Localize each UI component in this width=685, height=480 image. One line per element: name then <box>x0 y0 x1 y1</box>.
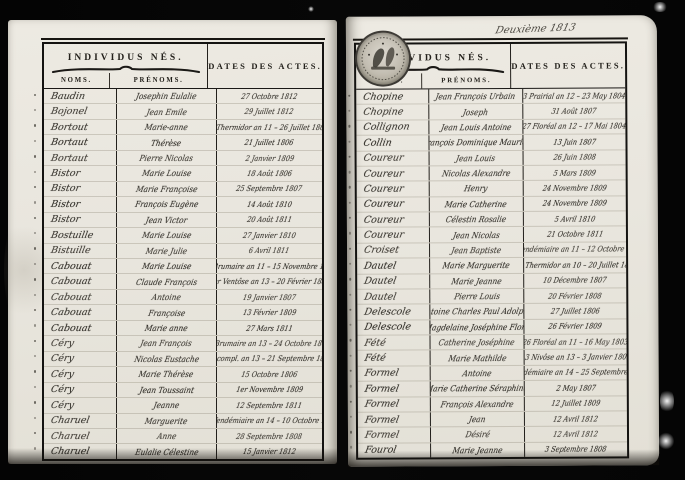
prenoms-cell: Jean Toussaint <box>117 383 217 397</box>
prenoms-cell: Jean <box>431 412 525 427</box>
prenoms-cell: Jean Baptiste <box>430 243 524 258</box>
page-annotation: Deuxième 1813 <box>494 22 577 36</box>
date-cell: 26 Floréal an 11 – 16 May 1803 <box>524 334 626 349</box>
nom-cell: Céry <box>44 383 117 397</box>
date-cell: 1er Novembre 1809 <box>217 383 322 397</box>
prenoms-cell: Marie Catherine Séraphine <box>431 381 525 396</box>
row-marker-dot <box>34 271 38 286</box>
nom-cell: Céry <box>44 352 117 366</box>
table-row: Fété Marie Mathilde 13 Nivôse an 13 – 3 … <box>358 350 627 367</box>
prenoms-cell: Catherine Joséphine <box>430 335 524 350</box>
prenoms-cell: Pierre Nicolas <box>117 151 217 165</box>
table-row: Cabouat Marie Louise 24 Brumaire an 11 –… <box>44 259 322 274</box>
prenoms-cell: Antoine <box>431 366 525 381</box>
row-marker-dot <box>34 286 38 301</box>
prenoms-cell: Henry <box>430 181 524 196</box>
row-marker-dot <box>350 408 354 423</box>
table-row: Bojonel Jean Emile 29 Juillet 1812 <box>44 104 322 119</box>
prenoms-cell: Marie Mathilde <box>431 350 525 365</box>
prenoms-cell: Antoine <box>117 290 217 304</box>
row-marker-dot <box>34 409 38 424</box>
prenoms-cell: Nicolas Alexandre <box>430 166 524 181</box>
date-cell: 15 Octobre 1806 <box>217 367 322 381</box>
row-marker-dot <box>349 286 353 301</box>
nom-cell: Formel <box>358 412 431 427</box>
individus-nes-title: INDIVIDUS NÉS. <box>68 53 184 63</box>
date-cell: 5 Avril 1810 <box>524 211 626 226</box>
row-marker-dot <box>349 209 353 224</box>
prenoms-cell: Marie-anne <box>117 120 217 134</box>
right-table-body: Chopine Jean François Urbain 3 Prairial … <box>356 88 627 457</box>
dates-des-actes-header: DATES DES ACTES. <box>208 61 322 71</box>
prenoms-cell: Marguerite <box>117 414 217 428</box>
row-marker-dots <box>348 87 354 454</box>
table-row: Formel Désiré 12 Avril 1812 <box>358 427 627 444</box>
left-table-body: Baudin Josephin Eulalie 27 Octobre 1812 … <box>44 89 322 459</box>
table-row: Formel Antoine 3 Vendémiaire an 14 – 25 … <box>358 365 627 382</box>
table-row: Formel Marie Catherine Séraphine 2 May 1… <box>358 380 627 397</box>
row-marker-dot <box>349 270 353 285</box>
date-cell: 24 Novembre 1809 <box>524 181 626 196</box>
prenoms-cell: Désiré <box>431 427 525 442</box>
nom-cell: Fourol <box>358 443 431 458</box>
nom-cell: Formel <box>358 397 431 412</box>
nom-cell: Formel <box>358 382 431 397</box>
table-row: Cabouat Claude François 1er Ventôse an 1… <box>44 274 322 289</box>
table-row: Dautel Pierre Louis 20 Février 1808 <box>357 288 626 305</box>
prenoms-cell: Marie Louise <box>117 259 217 273</box>
table-row: Coureur Nicolas Alexandre 5 Mars 1809 <box>357 165 626 182</box>
prenoms-cell: Anne <box>117 429 217 443</box>
row-marker-dots <box>34 86 38 455</box>
table-row: Bortaut Thérèse 21 Juillet 1806 <box>44 135 322 150</box>
nom-cell: Céry <box>44 336 117 350</box>
table-row: Coureur Jean Louis 26 Juin 1808 <box>357 150 626 167</box>
scan-artifact <box>660 388 674 414</box>
prenoms-cell: Marie Louise <box>117 166 217 180</box>
prenoms-cell: Marie Marguerite <box>430 258 524 273</box>
row-marker-dot <box>34 132 38 147</box>
row-marker-dot <box>349 301 353 316</box>
date-cell: 4e compl. an 13 – 21 Septembre 1805 <box>217 352 322 366</box>
prenoms-cell: Marie Julie <box>117 244 217 258</box>
row-marker-dot <box>348 117 352 132</box>
prenoms-cell: Antoine Charles Paul Adolphe <box>430 304 524 319</box>
table-row: Coureur Célestin Rosalie 5 Avril 1810 <box>357 211 626 228</box>
row-marker-dot <box>349 224 353 239</box>
nom-cell: Bortaut <box>44 135 117 149</box>
date-cell: 12 Juillet 1809 <box>525 396 627 411</box>
row-marker-dot <box>348 87 352 102</box>
prenoms-cell: Françoise <box>117 305 217 319</box>
nom-cell: Céry <box>44 367 117 381</box>
nom-cell: Dautel <box>357 259 430 274</box>
scan-artifact <box>652 2 668 12</box>
table-row: Cabouat Marie anne 27 Mars 1811 <box>44 321 322 336</box>
nom-cell: Coureur <box>357 182 430 197</box>
prenoms-cell: Eulalie Célestine <box>117 444 217 458</box>
table-row: Fourol Marie Jeanne 3 Septembre 1808 <box>358 442 627 458</box>
table-row: Céry Nicolas Eustache 4e compl. an 13 – … <box>44 352 322 367</box>
date-cell: 24 Brumaire an 11 – 15 Novembre 1802 <box>217 259 322 273</box>
date-cell: 24 Novembre 1809 <box>524 196 626 211</box>
left-page-scan: INDIVIDUS NÉS. NOMS. PRÉNOMS. DATES DES … <box>8 20 337 464</box>
date-cell: 21 Juillet 1806 <box>217 135 322 149</box>
table-row: Céry Marie Thérèse 15 Octobre 1806 <box>44 367 322 382</box>
date-cell: 31 Août 1807 <box>523 104 625 119</box>
left-table-header: INDIVIDUS NÉS. NOMS. PRÉNOMS. DATES DES … <box>44 44 322 89</box>
row-marker-dot <box>34 148 38 163</box>
date-cell: 3 Prairial an 12 – 23 May 1804 <box>523 88 625 103</box>
row-marker-dot <box>350 393 354 408</box>
left-register-table: INDIVIDUS NÉS. NOMS. PRÉNOMS. DATES DES … <box>42 42 324 461</box>
row-marker-dot <box>34 363 38 378</box>
nom-cell: Bistuille <box>44 244 117 258</box>
row-marker-dot <box>349 332 353 347</box>
nom-cell: Bortaut <box>44 151 117 165</box>
official-seal-stamp <box>355 30 411 86</box>
date-cell: 7 Thermidor an 11 – 26 Juillet 1803 <box>217 120 322 134</box>
date-cell: 13 Nivôse an 13 – 3 Janvier 1805 <box>525 350 627 365</box>
row-marker-dot <box>34 224 38 239</box>
nom-cell: Charuel <box>44 414 117 428</box>
row-marker-dot <box>34 117 38 132</box>
row-marker-dot <box>34 86 38 101</box>
table-row: Céry Jean Toussaint 1er Novembre 1809 <box>44 383 322 398</box>
prenoms-cell: Jeanne <box>117 398 217 412</box>
prenoms-cell: Marie Françoise <box>117 182 217 196</box>
row-marker-dot <box>34 178 38 193</box>
nom-cell: Cabouat <box>44 290 117 304</box>
row-marker-dot <box>350 347 354 362</box>
dates-des-actes-header: DATES DES ACTES. <box>511 60 625 71</box>
row-marker-dot <box>34 317 38 332</box>
row-marker-dot <box>34 194 38 209</box>
prenoms-cell: Marie Jeanne <box>430 273 524 288</box>
row-marker-dot <box>34 101 38 116</box>
row-marker-dot <box>34 332 38 347</box>
date-cell: 2 Brumaire an 13 – 24 Octobre 1804 <box>217 336 322 350</box>
nom-cell: Bistor <box>44 182 117 196</box>
date-cell: 29 Juillet 1812 <box>217 104 322 118</box>
prenoms-cell: Marie anne <box>117 321 217 335</box>
table-row: Bistor François Eugène 14 Août 1810 <box>44 197 322 212</box>
nom-cell: Coureur <box>357 228 430 243</box>
nom-cell: Delescole <box>357 320 430 335</box>
prenoms-cell: Pierre Louis <box>430 289 524 304</box>
paper-smudge <box>4 210 44 330</box>
prenoms-column-header: PRÉNOMS. <box>134 77 184 84</box>
prenoms-cell: Claude François <box>117 274 217 288</box>
noms-column-header: NOMS. <box>61 77 92 84</box>
prenoms-cell: Jean Emile <box>117 104 217 118</box>
row-marker-dot <box>349 179 353 194</box>
date-cell: 6 Avril 1811 <box>217 244 322 258</box>
date-cell: 27 Mars 1811 <box>217 321 322 335</box>
table-row: Bostuille Marie Louise 27 Janvier 1810 <box>44 228 322 243</box>
date-cell: 20 Août 1811 <box>217 213 322 227</box>
date-cell: 3 Septembre 1808 <box>525 442 627 457</box>
row-marker-dot <box>34 301 38 316</box>
table-row: Chopine Joseph 31 Août 1807 <box>356 104 625 121</box>
right-register-table: INDIVIDUS NÉS. NOMS. PRÉNOMS. DATES DES … <box>354 41 629 459</box>
row-marker-dot <box>34 240 38 255</box>
row-marker-dot <box>349 316 353 331</box>
date-cell: 12 Avril 1812 <box>525 411 627 426</box>
row-marker-dot <box>350 423 354 438</box>
table-row: Bistuille Marie Julie 6 Avril 1811 <box>44 244 322 259</box>
nom-cell: Bostuille <box>44 228 117 242</box>
row-marker-dot <box>350 439 354 454</box>
nom-cell: Fété <box>357 335 430 350</box>
date-cell: 18 Août 1806 <box>217 166 322 180</box>
nom-cell: Céry <box>44 398 117 412</box>
prenoms-cell: Marie Louise <box>117 228 217 242</box>
nom-cell: Charuel <box>44 429 117 443</box>
date-cell: 2 May 1807 <box>525 380 627 395</box>
prenoms-cell: Marie Jeanne <box>431 443 525 458</box>
prenoms-column-header: PRÉNOMS. <box>441 77 491 84</box>
nom-cell: Coureur <box>357 197 430 212</box>
table-row: Céry Jean François 2 Brumaire an 13 – 24… <box>44 336 322 351</box>
nom-cell: Charuel <box>44 444 117 458</box>
nom-cell: Dautel <box>357 274 430 289</box>
nom-cell: Coureur <box>357 212 430 227</box>
prenoms-cell: Josephin Eulalie <box>117 89 217 103</box>
row-marker-dot <box>350 377 354 392</box>
date-cell: 1er Thermidor an 10 – 20 Juillet 1802 <box>524 257 626 272</box>
brace-ornament <box>44 64 207 73</box>
date-cell: 26 Février 1809 <box>524 319 626 334</box>
row-marker-dot <box>34 255 38 270</box>
nom-cell: Chopine <box>356 89 429 104</box>
table-row: Bistor Marie Françoise 25 Septembre 1807 <box>44 182 322 197</box>
prenoms-cell: Thérèse <box>117 135 217 149</box>
prenoms-cell: Jean François <box>117 336 217 350</box>
date-cell: 15 Janvier 1812 <box>217 444 322 458</box>
table-row: Formel Jean 12 Avril 1812 <box>358 411 627 428</box>
row-marker-dot <box>349 148 353 163</box>
nom-cell: Formel <box>358 366 431 381</box>
table-row: Coureur Henry 24 Novembre 1809 <box>357 181 626 198</box>
date-cell: 20 Février 1808 <box>524 288 626 303</box>
nom-cell: Dautel <box>357 289 430 304</box>
row-marker-dot <box>349 255 353 270</box>
prenoms-cell: François Eugène <box>117 197 217 211</box>
nom-cell: Cabouat <box>44 305 117 319</box>
prenoms-cell: Joseph <box>429 104 523 119</box>
row-marker-dot <box>350 362 354 377</box>
date-cell: 27 Octobre 1812 <box>217 89 322 103</box>
date-cell: 12 Septembre 1811 <box>217 398 322 412</box>
nom-cell: Delescole <box>357 305 430 320</box>
table-row: Dautel Marie Marguerite 1er Thermidor an… <box>357 257 626 274</box>
table-row: Céry Jeanne 12 Septembre 1811 <box>44 398 322 413</box>
table-row: Bortout Marie-anne 7 Thermidor an 11 – 2… <box>44 120 322 135</box>
row-marker-dot <box>34 163 38 178</box>
date-cell: 27 Floréal an 12 – 17 Mai 1804 <box>523 119 625 134</box>
nom-cell: Formel <box>358 428 431 443</box>
date-cell: 13 Juin 1807 <box>523 134 625 149</box>
row-marker-dot <box>34 424 38 439</box>
date-cell: 26 Juin 1808 <box>524 150 626 165</box>
prenoms-cell: Jean Victor <box>117 213 217 227</box>
prenoms-cell: Jean Louis Antoine <box>429 120 523 135</box>
nom-cell: Bistor <box>44 213 117 227</box>
nom-cell: Bistor <box>44 166 117 180</box>
nom-cell: Cabouat <box>44 321 117 335</box>
prenoms-cell: Marie Thérèse <box>117 367 217 381</box>
prenoms-cell: Jean Louis <box>430 150 524 165</box>
prenoms-cell: Magdelaine Joséphine Flore <box>430 320 524 335</box>
table-row: Delescole Magdelaine Joséphine Flore 26 … <box>357 319 626 336</box>
table-row: Charuel Marguerite 18 Vendémiaire an 14 … <box>44 414 322 429</box>
date-cell: 21 Octobre 1811 <box>524 227 626 242</box>
table-row: Charuel Eulalie Célestine 15 Janvier 181… <box>44 444 322 458</box>
table-row: Charuel Anne 28 Septembre 1808 <box>44 429 322 444</box>
row-marker-dot <box>34 347 38 362</box>
date-cell: 27 Juillet 1806 <box>524 304 626 319</box>
table-row: Formel François Alexandre 12 Juillet 180… <box>358 396 627 413</box>
table-row: Coureur Marie Catherine 24 Novembre 1809 <box>357 196 626 213</box>
date-cell: 3 Vendémiaire an 14 – 25 Septembre 1805 <box>525 365 627 380</box>
prenoms-cell: François Alexandre <box>431 396 525 411</box>
nom-cell: Cabouat <box>44 259 117 273</box>
nom-cell: Bistor <box>44 197 117 211</box>
right-page-scan: Deuxième 1813 INDIVIDUS NÉS. NOMS. PRÉNO… <box>346 15 659 467</box>
row-marker-dot <box>34 378 38 393</box>
nom-cell: Collignon <box>356 120 429 135</box>
date-cell: 27 Janvier 1810 <box>217 228 322 242</box>
row-marker-dot <box>34 209 38 224</box>
date-cell: 13 Février 1809 <box>217 305 322 319</box>
table-row: Baudin Josephin Eulalie 27 Octobre 1812 <box>44 89 322 104</box>
table-row: Croiset Jean Baptiste 20 Vendémiaire an … <box>357 242 626 259</box>
table-row: Delescole Antoine Charles Paul Adolphe 2… <box>357 304 626 321</box>
nom-cell: Cabouat <box>44 274 117 288</box>
scan-artifact <box>308 6 314 12</box>
table-row: Dautel Marie Jeanne 10 Décembre 1807 <box>357 273 626 290</box>
row-marker-dot <box>34 440 38 455</box>
row-marker-dot <box>348 133 352 148</box>
date-cell: 10 Décembre 1807 <box>524 273 626 288</box>
date-cell: 25 Septembre 1807 <box>217 182 322 196</box>
prenoms-cell: Jean Nicolas <box>430 227 524 242</box>
prenoms-cell: Nicolas Eustache <box>117 352 217 366</box>
nom-cell: Coureur <box>357 151 430 166</box>
date-cell: 19 Janvier 1807 <box>217 290 322 304</box>
table-row: Collin François Dominique Maurice 13 Jui… <box>356 134 625 151</box>
row-marker-dot <box>34 394 38 409</box>
table-row: Chopine Jean François Urbain 3 Prairial … <box>356 88 625 105</box>
table-row: Bistor Marie Louise 18 Août 1806 <box>44 166 322 181</box>
prenoms-cell: Marie Catherine <box>430 197 524 212</box>
nom-cell: Baudin <box>44 89 117 103</box>
nom-cell: Bortout <box>44 120 117 134</box>
nom-cell: Bojonel <box>44 104 117 118</box>
table-row: Bistor Jean Victor 20 Août 1811 <box>44 213 322 228</box>
date-cell: 18 Vendémiaire an 14 – 10 Octobre 1805 <box>217 414 322 428</box>
nom-cell: Croiset <box>357 243 430 258</box>
nom-cell: Coureur <box>357 166 430 181</box>
date-cell: 14 Août 1810 <box>217 197 322 211</box>
row-marker-dot <box>349 240 353 255</box>
date-cell: 28 Septembre 1808 <box>217 429 322 443</box>
date-cell: 2 Janvier 1809 <box>217 151 322 165</box>
date-cell: 1er Ventôse an 13 – 20 Février 1805 <box>217 274 322 288</box>
date-cell: 5 Mars 1809 <box>524 165 626 180</box>
nom-cell: Fété <box>358 351 431 366</box>
scan-artifact <box>658 432 674 450</box>
nom-cell: Collin <box>356 136 429 151</box>
table-row: Cabouat Françoise 13 Février 1809 <box>44 305 322 320</box>
date-cell: 20 Vendémiaire an 11 – 12 Octobre 1802 <box>524 242 626 257</box>
row-marker-dot <box>349 194 353 209</box>
nom-cell: Chopine <box>356 105 429 120</box>
table-row: Cabouat Antoine 19 Janvier 1807 <box>44 290 322 305</box>
row-marker-dot <box>348 102 352 117</box>
table-row: Bortaut Pierre Nicolas 2 Janvier 1809 <box>44 151 322 166</box>
table-row: Fété Catherine Joséphine 26 Floréal an 1… <box>357 334 626 351</box>
prenoms-cell: François Dominique Maurice <box>429 135 523 150</box>
prenoms-cell: Jean François Urbain <box>429 89 523 104</box>
date-cell: 12 Avril 1812 <box>525 427 627 442</box>
table-row: Collignon Jean Louis Antoine 27 Floréal … <box>356 119 625 136</box>
table-row: Coureur Jean Nicolas 21 Octobre 1811 <box>357 227 626 244</box>
prenoms-cell: Célestin Rosalie <box>430 212 524 227</box>
row-marker-dot <box>349 163 353 178</box>
